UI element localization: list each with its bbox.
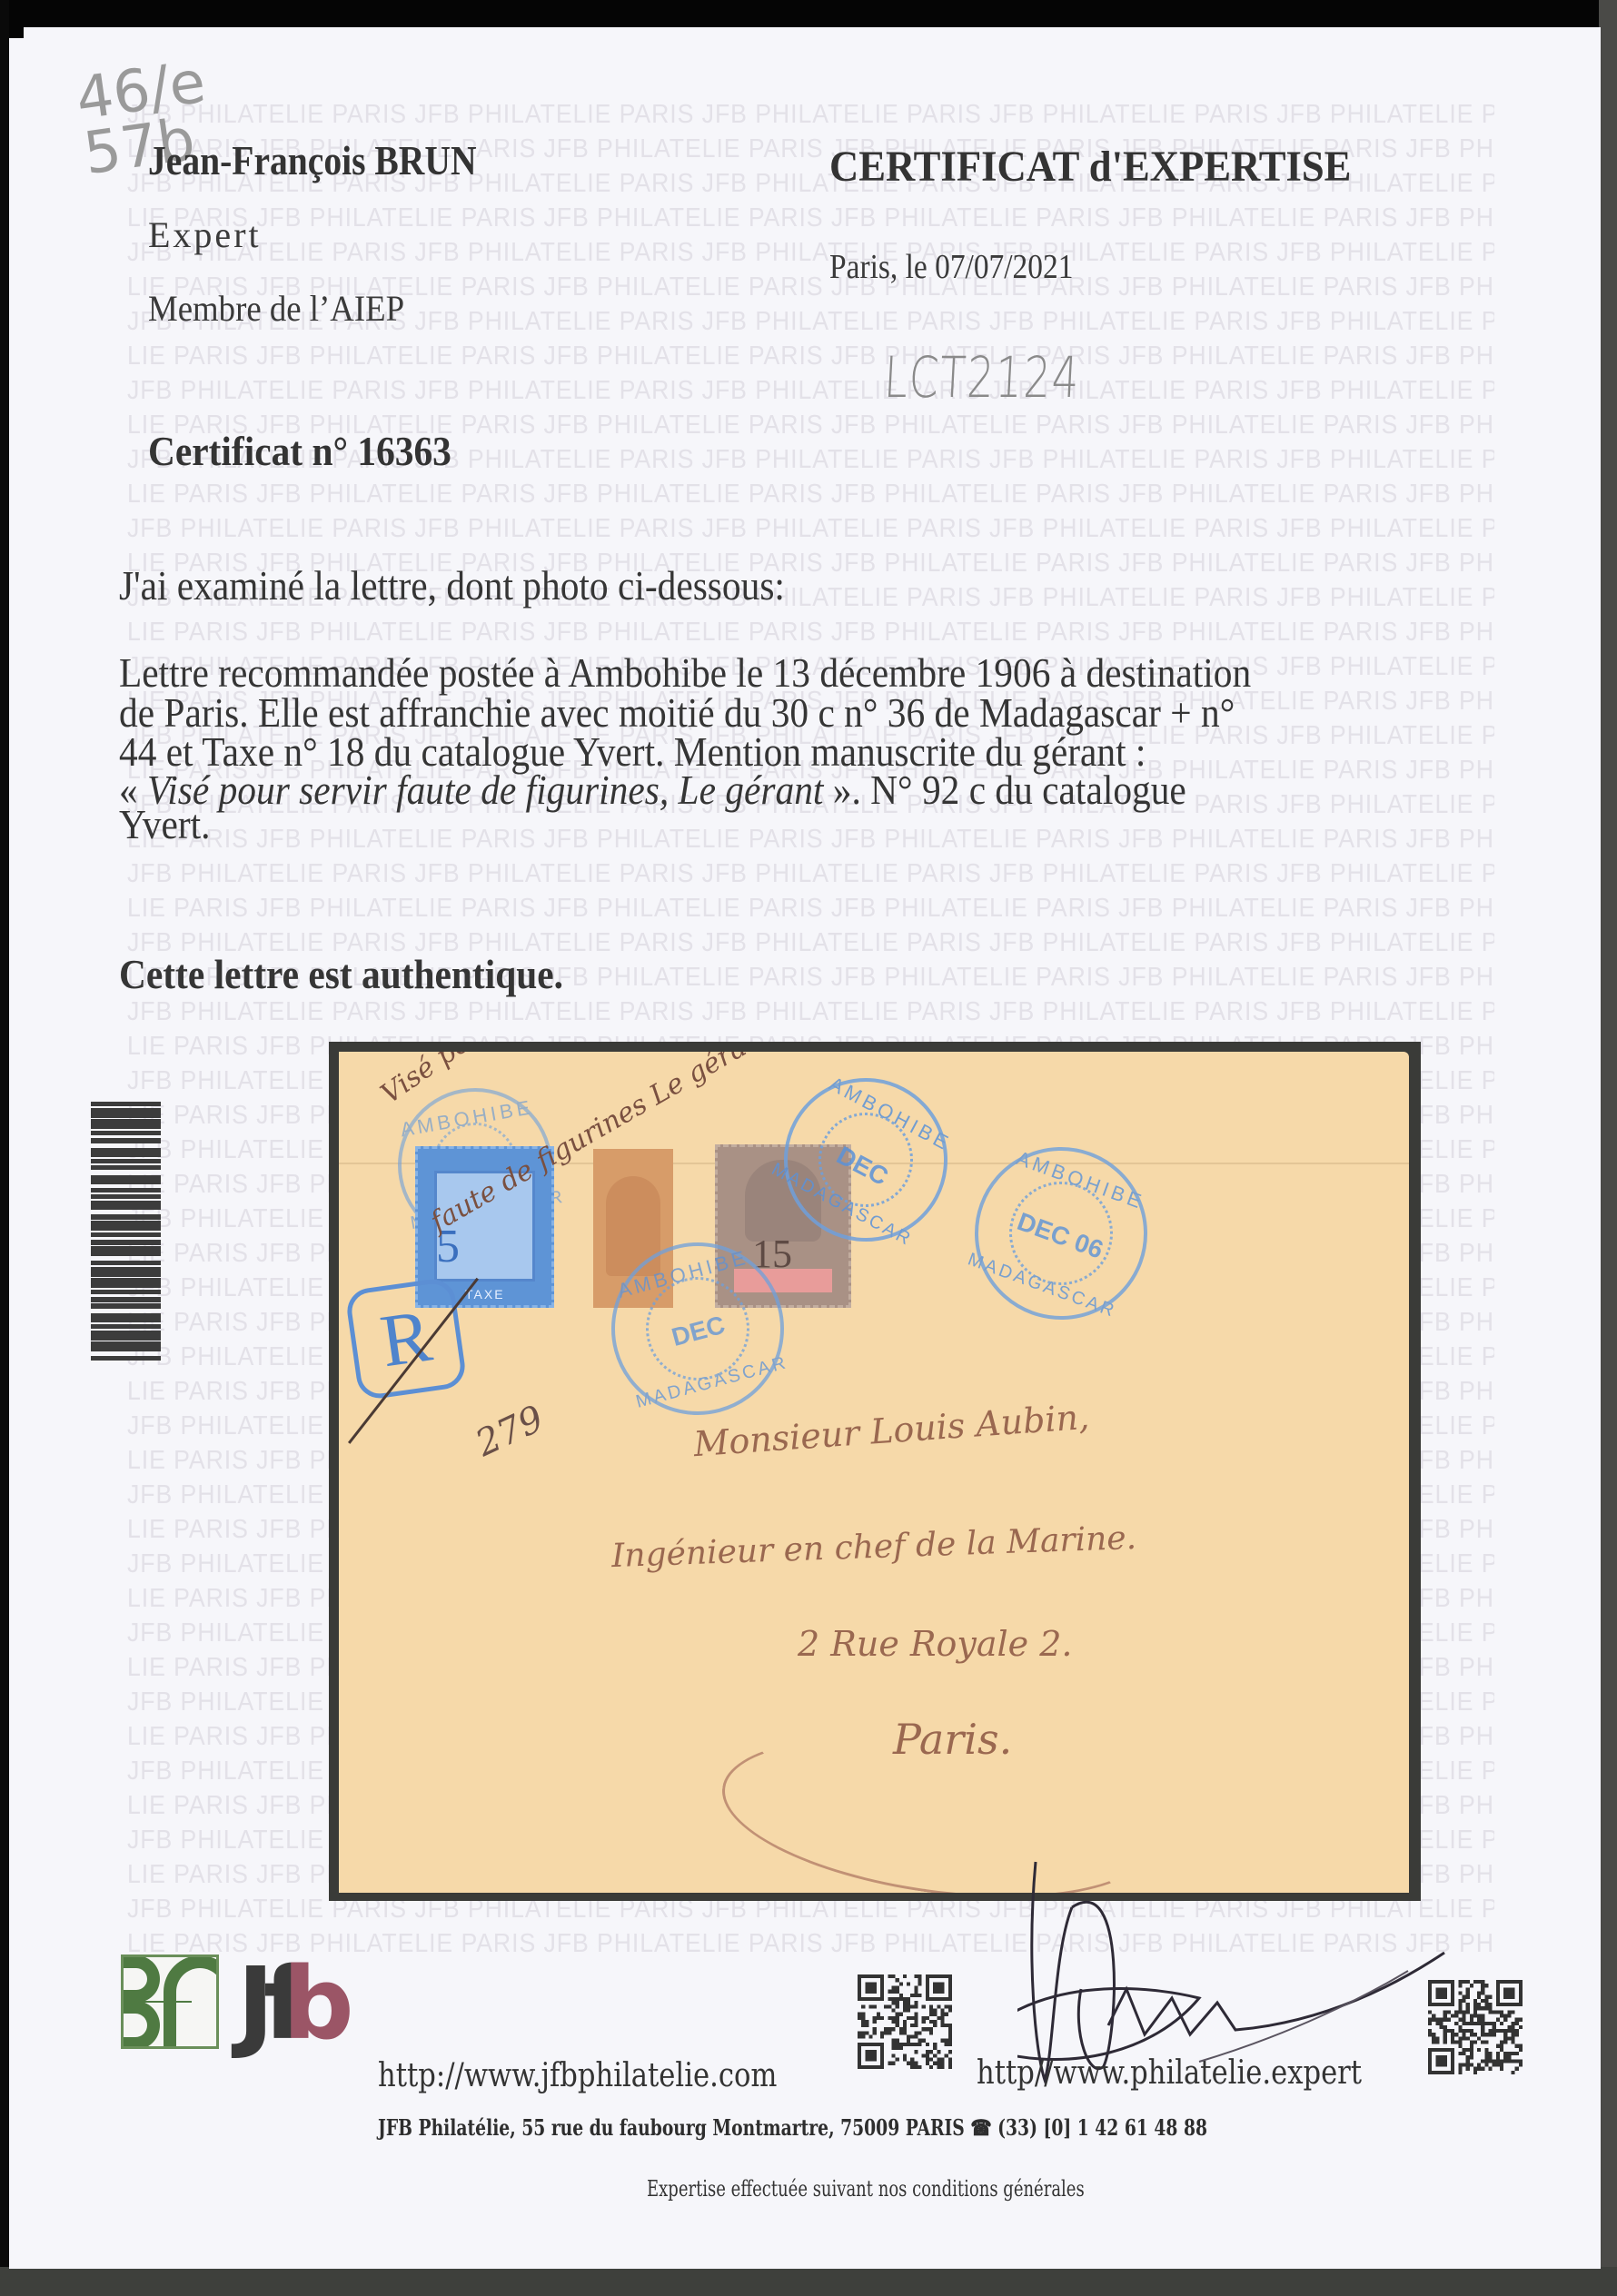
address-recipient: Monsieur Louis Aubin,	[692, 1397, 1090, 1464]
logo-emblem	[121, 1955, 219, 2049]
examination-intro: J'ai examiné la lettre, dont photo ci-de…	[119, 565, 785, 607]
scanner-background-left	[0, 0, 9, 2296]
website-link-philatelie-expert[interactable]: http//www.philatelie.expert	[977, 2054, 1362, 2092]
postmark-cancel: AMBOHIBE DEC 06 MADAGASCAR	[950, 1123, 1172, 1344]
authenticity-conclusion: Cette lettre est authentique.	[119, 954, 563, 995]
logo-wordmark-b: b	[283, 1945, 354, 2062]
expert-membership: Membre de l’AIEP	[148, 291, 404, 327]
description-line: Yvert.	[119, 804, 210, 846]
registration-mark: R	[344, 1276, 468, 1401]
page-corner-notch	[9, 27, 24, 38]
expert-name: Jean-François BRUN	[148, 140, 477, 182]
barcode	[91, 1102, 161, 1374]
website-link-jfbphilatelie[interactable]: http://www.jfbphilatelie.com	[378, 2057, 777, 2094]
quote-italic: Visé pour servir faute de figurines, Le …	[147, 767, 823, 813]
description-line: Lettre recommandée postée à Ambohibe le …	[119, 652, 1251, 694]
jfb-logo: Jf b	[121, 1955, 348, 2054]
scanner-background-top	[0, 0, 1617, 27]
registration-number: 279	[470, 1398, 551, 1465]
description-quote-line: « Visé pour servir faute de figurines, L…	[119, 769, 1186, 811]
qr-code-website-2[interactable]	[1428, 1980, 1523, 2074]
company-address: JFB Philatélie, 55 rue du faubourg Montm…	[378, 2114, 1207, 2141]
document-title: CERTIFICAT d'EXPERTISE	[829, 145, 1351, 189]
handwritten-reference: LCT2124	[883, 350, 1082, 406]
envelope-photo: AMBOHIBE DEC MADAGASCAR 5 TAXE 15 AMBOHI…	[339, 1052, 1409, 1893]
place-and-date: Paris, le 07/07/2021	[829, 250, 1073, 284]
conditions-note: Expertise effectuée suivant nos conditio…	[647, 2176, 1085, 2202]
quote-close: ». N° 92 c du catalogue	[823, 767, 1185, 813]
address-street: 2 Rue Royale 2.	[798, 1624, 1073, 1664]
address-title: Ingénieur en chef de la Marine.	[610, 1519, 1136, 1575]
expert-role: Expert	[148, 217, 262, 253]
qr-code-website-1[interactable]	[858, 1974, 952, 2069]
scanner-background-right	[1599, 0, 1617, 2296]
scanner-background-bottom	[0, 2267, 1617, 2296]
certificate-number: Certificat n° 16363	[148, 430, 451, 472]
